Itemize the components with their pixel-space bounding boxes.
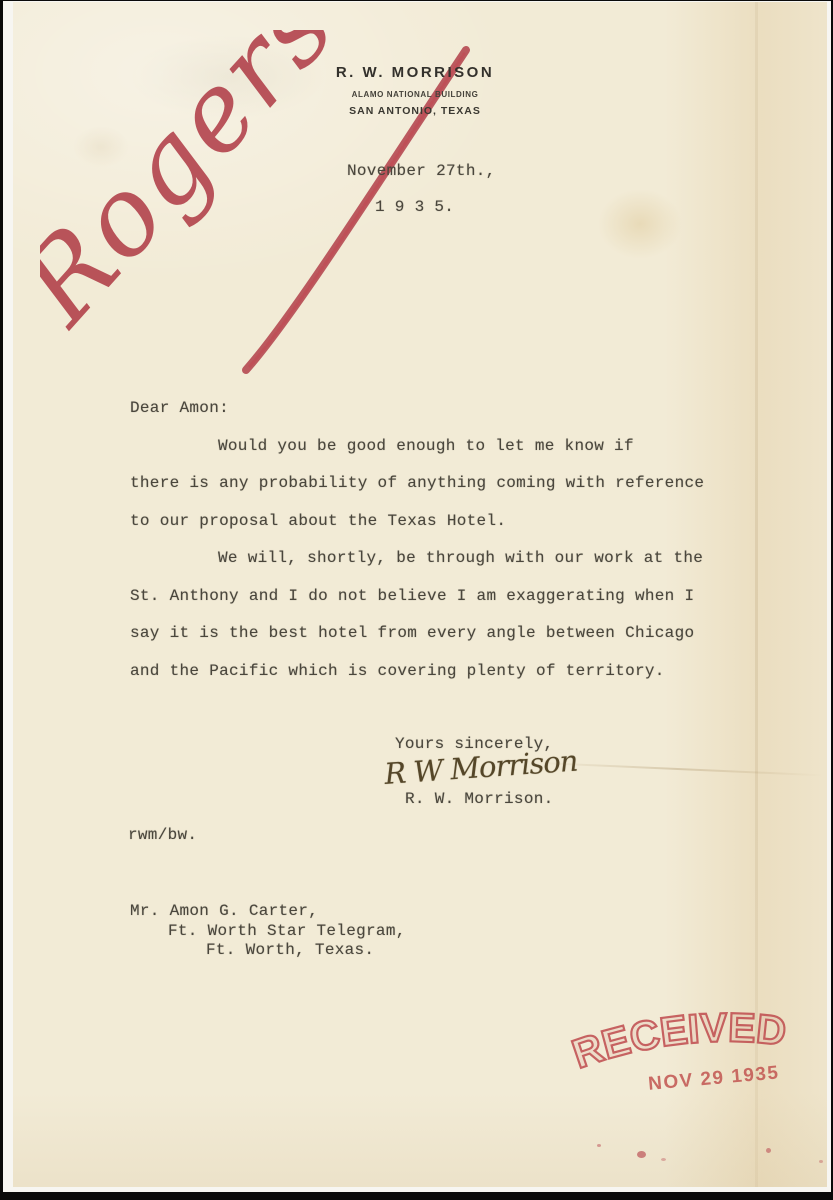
red-speck xyxy=(661,1158,666,1161)
recipient-address: Mr. Amon G. Carter, Ft. Worth Star Teleg… xyxy=(130,902,406,961)
red-speck xyxy=(597,1144,601,1147)
received-stamp-svg: RECEIVED NOV 29 1935 xyxy=(569,983,821,1107)
reference-initials: rwm/bw. xyxy=(128,826,197,844)
body-line: St. Anthony and I do not believe I am ex… xyxy=(130,578,730,616)
scan-frame: Rogers R. W. MORRISON ALAMO NATIONAL BUI… xyxy=(0,0,833,1200)
letterhead-name: R. W. MORRISON xyxy=(300,64,530,81)
date-line-2: 1 9 3 5. xyxy=(375,198,454,216)
letterhead: R. W. MORRISON ALAMO NATIONAL BUILDING S… xyxy=(300,64,530,117)
red-speck xyxy=(637,1151,646,1158)
recipient-company: Ft. Worth Star Telegram, xyxy=(130,922,406,942)
body-line: say it is the best hotel from every angl… xyxy=(130,615,730,653)
recipient-name: Mr. Amon G. Carter, xyxy=(130,902,406,922)
typed-signature-name: R. W. Morrison. xyxy=(405,790,554,808)
letterhead-building: ALAMO NATIONAL BUILDING xyxy=(300,90,530,99)
scan-mat: Rogers R. W. MORRISON ALAMO NATIONAL BUI… xyxy=(3,1,831,1192)
red-speck xyxy=(766,1148,771,1153)
body-line: Would you be good enough to let me know … xyxy=(130,428,730,466)
letter-page: Rogers R. W. MORRISON ALAMO NATIONAL BUI… xyxy=(13,2,827,1187)
body-line: there is any probability of anything com… xyxy=(130,465,730,503)
date-line-1: November 27th., xyxy=(347,162,496,180)
salutation: Dear Amon: xyxy=(130,390,730,428)
letter-body: Dear Amon: Would you be good enough to l… xyxy=(130,390,730,690)
stamp-date: NOV 29 1935 xyxy=(647,1062,780,1094)
letterhead-city: SAN ANTONIO, TEXAS xyxy=(300,105,530,117)
body-line: to our proposal about the Texas Hotel. xyxy=(130,503,730,541)
fold-crease-vertical xyxy=(755,2,758,1187)
received-stamp: RECEIVED NOV 29 1935 xyxy=(569,983,821,1107)
body-line: We will, shortly, be through with our wo… xyxy=(130,540,730,578)
red-speck xyxy=(819,1160,823,1163)
recipient-city: Ft. Worth, Texas. xyxy=(130,941,406,961)
body-line: and the Pacific which is covering plenty… xyxy=(130,653,730,691)
